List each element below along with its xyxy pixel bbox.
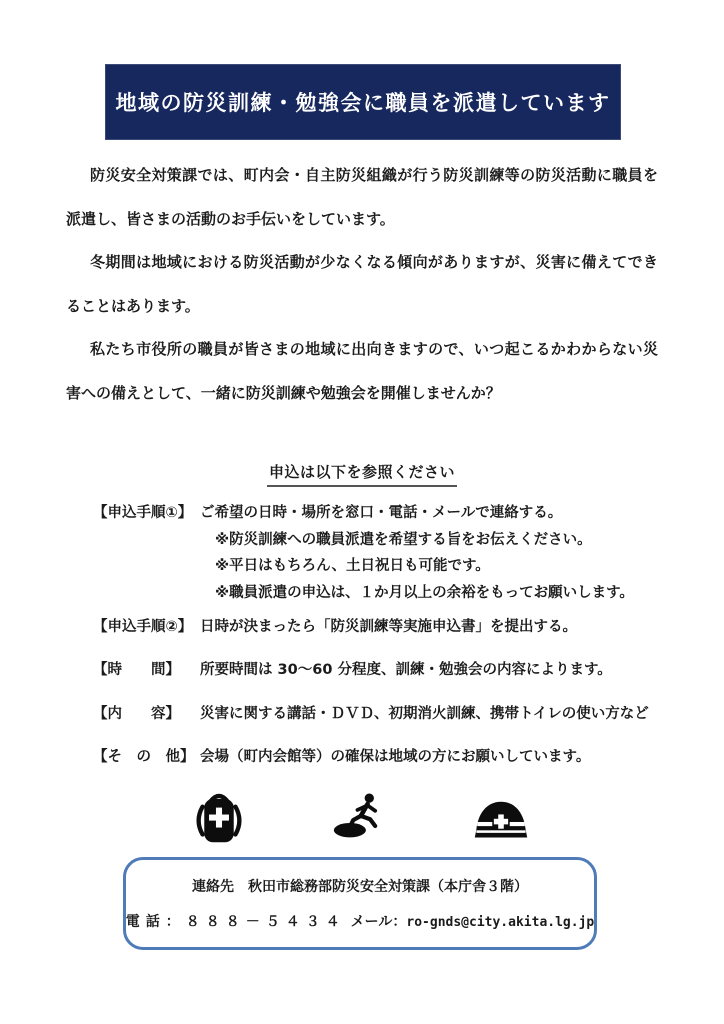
procedure-item-other: 【そ の 他】 会場（町内会館等）の確保は地域の方にお願いしています。: [93, 744, 660, 771]
procedure-body: ご希望の日時・場所を窓口・電話・メールで連絡する。 ※防災訓練への職員派遣を希望…: [200, 500, 660, 606]
procedure-label: 【時 間】: [93, 657, 200, 684]
contact-box: 連絡先 秋田市総務部防災安全対策課（本庁舎３階） 電話：８８８－５４３４ メール…: [123, 857, 597, 950]
procedure-item-step1: 【申込手順①】 ご希望の日時・場所を窓口・電話・メールで連絡する。 ※防災訓練へ…: [93, 500, 660, 606]
procedure-item-time: 【時 間】 所要時間は 30～60 分程度、訓練・勉強会の内容によります。: [93, 657, 660, 684]
contact-email: ro-gnds@city.akita.lg.jp: [406, 915, 594, 930]
section-header-row: 申込は以下を参照ください: [0, 461, 724, 487]
flyer-page: 地域の防災訓練・勉強会に職員を派遣しています 防災安全対策課では、町内会・自主防…: [0, 0, 724, 1024]
procedure-text: 会場（町内会館等）の確保は地域の方にお願いしています。: [200, 744, 660, 771]
intro-section: 防災安全対策課では、町内会・自主防災組織が行う防災訓練等の防災活動に職員を派遣し…: [66, 154, 658, 415]
page-title: 地域の防災訓練・勉強会に職員を派遣しています: [116, 87, 611, 117]
procedure-note: ※防災訓練への職員派遣を希望する旨をお伝えください。: [200, 527, 660, 554]
procedure-item-content: 【内 容】 災害に関する講話・ＤＶＤ、初期消火訓練、携帯トイレの使い方など: [93, 701, 660, 728]
procedure-label: 【申込手順①】: [93, 500, 200, 527]
procedure-label: 【内 容】: [93, 701, 200, 728]
section-header: 申込は以下を参照ください: [267, 461, 457, 487]
procedure-text: 災害に関する講話・ＤＶＤ、初期消火訓練、携帯トイレの使い方など: [200, 701, 660, 728]
intro-paragraph: 私たち市役所の職員が皆さまの地域に出向きますので、いつ起こるかわからない災害への…: [66, 328, 658, 415]
procedure-label: 【申込手順②】: [93, 614, 200, 641]
intro-paragraph: 冬期間は地域における防災活動が少なくなる傾向がありますが、災害に備えてできること…: [66, 241, 658, 328]
procedure-item-step2: 【申込手順②】 日時が決まったら「防災訓練等実施申込書」を提出する。: [93, 614, 660, 641]
procedure-text: 所要時間は 30～60 分程度、訓練・勉強会の内容によります。: [200, 657, 660, 684]
procedure-text: 日時が決まったら「防災訓練等実施申込書」を提出する。: [200, 614, 660, 641]
safety-helmet-icon: [474, 799, 528, 841]
contact-address: 連絡先 秋田市総務部防災安全対策課（本庁舎３階）: [192, 876, 528, 896]
running-person-icon: [333, 791, 387, 839]
title-banner: 地域の防災訓練・勉強会に職員を派遣しています: [105, 64, 621, 140]
procedure-note: ※平日はもちろん、土日祝日も可能です。: [200, 553, 660, 580]
procedure-body: 日時が決まったら「防災訓練等実施申込書」を提出する。: [200, 614, 660, 641]
procedure-body: 災害に関する講話・ＤＶＤ、初期消火訓練、携帯トイレの使い方など: [200, 701, 660, 728]
contact-phone-mail: 電話：８８８－５４３４ メール：ro-gnds@city.akita.lg.jp: [126, 911, 594, 931]
procedure-body: 会場（町内会館等）の確保は地域の方にお願いしています。: [200, 744, 660, 771]
procedure-note: ※職員派遣の申込は、１か月以上の余裕をもってお願いします。: [200, 580, 660, 607]
procedure-text: ご希望の日時・場所を窓口・電話・メールで連絡する。: [200, 500, 660, 527]
procedure-body: 所要時間は 30～60 分程度、訓練・勉強会の内容によります。: [200, 657, 660, 684]
intro-paragraph: 防災安全対策課では、町内会・自主防災組織が行う防災訓練等の防災活動に職員を派遣し…: [66, 154, 658, 241]
contact-mail-label: メール：: [351, 914, 407, 930]
emergency-backpack-icon: [193, 789, 245, 847]
procedure-label: 【そ の 他】: [93, 744, 200, 771]
contact-phone: 電話：８８８－５４３４: [126, 914, 346, 930]
